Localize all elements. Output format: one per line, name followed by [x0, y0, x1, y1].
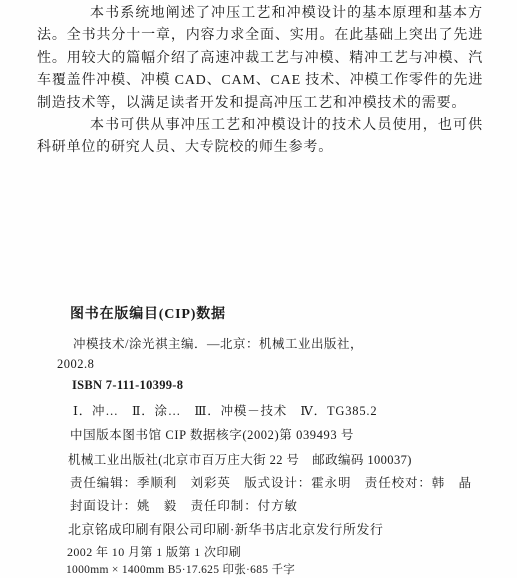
cip-classification-line: Ⅰ．冲… Ⅱ．涂… Ⅲ．冲模－技术 Ⅳ．TG385.2	[73, 401, 377, 419]
cip-data-header: 图书在版编目(CIP)数据	[70, 303, 226, 323]
cip-publication-date: 2002.8	[57, 357, 94, 372]
printer-distributor-line: 北京铭成印刷有限公司印刷·新华书店北京发行所发行	[68, 519, 383, 538]
cover-design-print-supervisor-line: 封面设计：姚 毅 责任印制：付方敏	[70, 496, 298, 514]
cip-title-author-line: 冲模技术/涂光祺主编．—北京：机械工业出版社，	[73, 334, 363, 352]
editors-line: 责任编辑：季顺利 刘彩英 版式设计：霍永明 责任校对：韩 晶	[70, 473, 472, 491]
cip-registration-number: 中国版本图书馆 CIP 数据核字(2002)第 039493 号	[70, 425, 354, 443]
summary-paragraph-2: 本书可供从事冲压工艺和冲模设计的技术人员使用，也可供科研单位的研究人员、大专院校…	[37, 115, 483, 160]
book-copyright-page: 本书系统地阐述了冲压工艺和冲模设计的基本原理和基本方法。全书共分十一章，内容力求…	[0, 0, 517, 578]
isbn-number: ISBN 7-111-10399-8	[72, 378, 183, 393]
edition-printing-line: 2002 年 10 月第 1 版第 1 次印刷	[67, 543, 241, 560]
summary-paragraph-1: 本书系统地阐述了冲压工艺和冲模设计的基本原理和基本方法。全书共分十一章，内容力求…	[37, 3, 483, 115]
publisher-address-line: 机械工业出版社(北京市百万庄大街 22 号 邮政编码 100037)	[68, 450, 412, 468]
format-sheets-wordcount-line: 1000mm × 1400mm B5·17.625 印张·685 千字	[66, 561, 295, 577]
book-summary-block: 本书系统地阐述了冲压工艺和冲模设计的基本原理和基本方法。全书共分十一章，内容力求…	[37, 3, 483, 160]
